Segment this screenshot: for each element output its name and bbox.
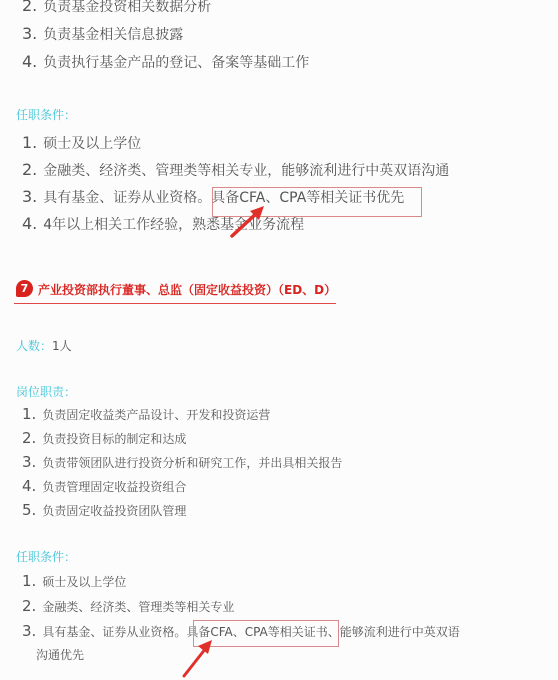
prev-duty-item: 3.负责基金相关信息披露 [22,24,183,44]
prev-requirements-label: 任职条件： [16,106,76,123]
duty-item: 4.负责管理固定收益投资组合 [22,477,186,495]
section-title: 产业投资部执行董事、总监（固定收益投资）（ED、D） [38,281,336,298]
requirement-item: 2.金融类、经济类、管理类等相关专业 [22,597,234,615]
headcount-label: 人数：1人 [16,337,72,354]
duty-item: 3.负责带领团队进行投资分析和研究工作，并出具相关报告 [22,453,342,471]
duty-item: 1.负责固定收益类产品设计、开发和投资运营 [22,405,270,423]
duties-label: 岗位职责： [16,383,76,400]
prev-requirement-item: 1.硕士及以上学位 [22,133,141,153]
section-header: 7 产业投资部执行董事、总监（固定收益投资）（ED、D） [14,277,336,304]
requirement-item: 1.硕士及以上学位 [22,572,126,590]
requirements-label: 任职条件： [16,548,76,565]
red-arrow-icon [180,636,220,680]
duty-item: 5.负责固定收益投资团队管理 [22,501,186,519]
prev-requirement-item: 2.金融类、经济类、管理类等相关专业，能够流利进行中英双语沟通 [22,160,449,180]
section-number-badge: 7 [16,280,33,297]
requirement-continuation: 沟通优先 [36,646,84,663]
prev-duty-item: 4.负责执行基金产品的登记、备案等基础工作 [22,52,309,72]
red-arrow-icon [228,204,268,240]
job-posting-page: 2.负责基金投资相关数据分析 3.负责基金相关信息披露 4.负责执行基金产品的登… [0,0,558,680]
duty-item: 2.负责投资目标的制定和达成 [22,429,186,447]
headcount-value: 1人 [52,339,72,353]
prev-duty-item: 2.负责基金投资相关数据分析 [22,0,211,16]
